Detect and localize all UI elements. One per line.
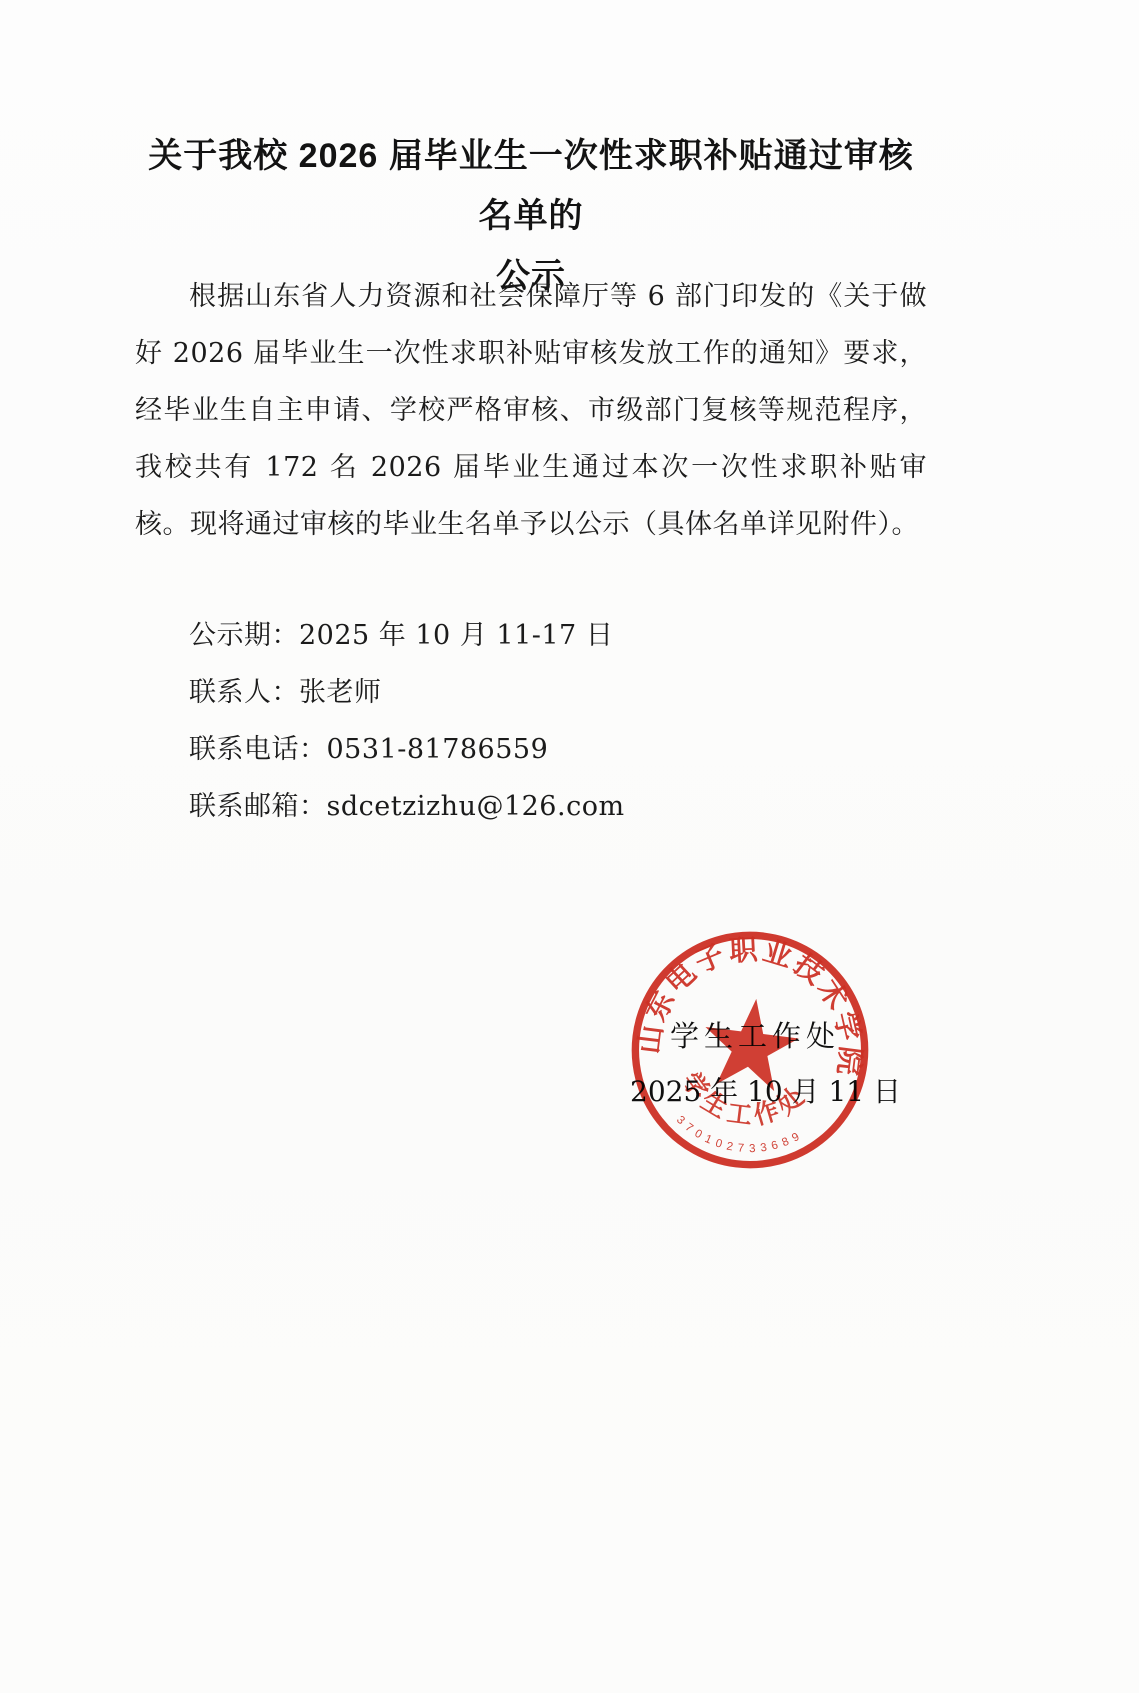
page-title-line1: 关于我校 2026 届毕业生一次性求职补贴通过审核名单的 [135, 126, 927, 246]
body-paragraph: 根据山东省人力资源和社会保障厅等 6 部门印发的《关于做好 2026 届毕业生一… [135, 268, 927, 553]
contact-email-line: 联系邮箱：sdcetzizhu@126.com [189, 778, 625, 835]
contact-info: 公示期：2025 年 10 月 11-17 日 联系人：张老师 联系电话：053… [189, 607, 625, 835]
signature-department: 学生工作处 [670, 1014, 840, 1055]
signature-date: 2025 年 10 月 11 日 [630, 1070, 901, 1110]
announcement-document: 关于我校 2026 届毕业生一次性求职补贴通过审核名单的 公示 根据山东省人力资… [0, 0, 1139, 1693]
signature-and-seal: 山东电子职业技术学院 学生工作处 370102733689 学生工作处 2025… [628, 928, 872, 1172]
publicity-period-line: 公示期：2025 年 10 月 11-17 日 [189, 607, 625, 664]
contact-phone-line: 联系电话：0531-81786559 [189, 721, 625, 778]
contact-person-line: 联系人：张老师 [189, 664, 625, 721]
